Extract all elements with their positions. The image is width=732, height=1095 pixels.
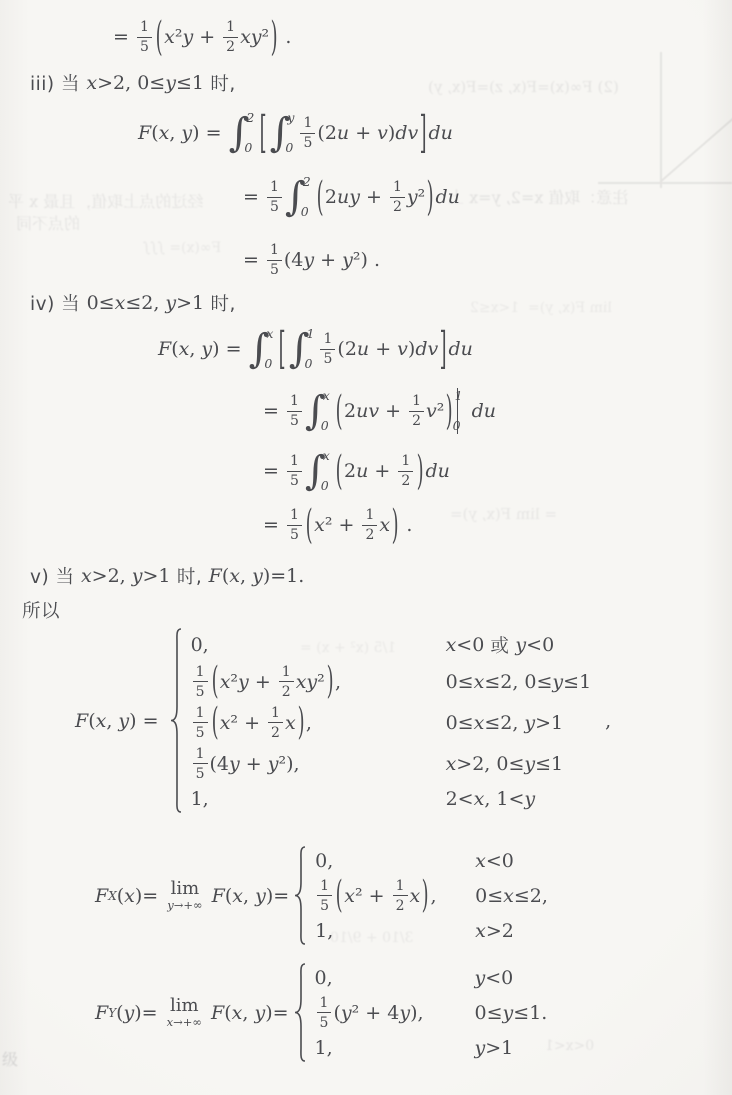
math-run: 2u + [344,460,396,482]
math-text: ² [437,400,445,422]
math-line: iv) 当 0≤x≤2, y>1 时, [30,290,236,316]
math-text: du [472,400,496,422]
math-text: ≤1 [176,72,204,94]
math-text: >1 [142,565,170,587]
fraction: 15 [193,747,208,781]
denominator: 5 [287,471,302,489]
case-condition: x>2, 0≤y≤1 [446,753,564,775]
math-text: xy [240,26,261,48]
math-text: y [181,122,192,144]
lower-bound: 0 [321,420,329,433]
denominator: 5 [193,722,208,740]
cases-brace [292,963,308,1062]
math-text: ) = [192,122,227,144]
math-text: u [337,122,349,144]
math-text: uy [337,186,360,208]
big-delimiter: ) [426,177,435,217]
math-text: + [349,122,377,144]
math-text: )= [265,1002,288,1024]
fraction: 15 [267,243,282,277]
integral-bounds: 20 [303,176,311,218]
math-text: x [379,514,390,536]
math-text: y [524,753,535,775]
math-run: F(x, y) = [158,338,248,360]
math-run: . [400,514,412,536]
math-text: ) = [129,710,164,732]
math-run: du [466,400,496,422]
math-text: y [238,671,249,693]
integral: ∫x0 [305,450,333,492]
case-expression: 15(x² + 12x), [191,706,446,740]
math-text: ≤2, [514,885,548,907]
lim-word: lim [171,880,200,898]
math-line: v) 当 x>2, y>1 时, F(x, y)=1. [30,563,304,589]
fraction: 15 [287,508,302,542]
cases-lead: F(x, y) = [75,710,165,732]
math-text: = [113,26,135,48]
big-delimiter: ) [270,17,279,57]
denominator: 2 [398,471,413,489]
math-run: F(x, y)= [205,1002,289,1024]
numerator: 1 [279,665,294,682]
text-run: 时, [204,290,236,316]
math-run: 2uy + [325,186,388,208]
text-run: iii) 当 [30,70,86,96]
evaluation-bar: 10 [457,388,466,434]
lower-bound: 0 [285,142,293,155]
case-condition: 0≤x≤2, 0≤y≤1 [446,671,592,693]
math-run: y<0 [475,967,514,989]
case-row: 0,y<0 [315,963,548,992]
math-run: x [285,712,296,734]
case-expression: 1, [191,788,446,810]
math-text: 0, [191,634,209,656]
math-text: ( [333,1002,340,1024]
numerator: 1 [287,454,302,471]
math-text: x [159,122,170,144]
integral: ∫20 [285,176,314,218]
math-text: ≤1. [513,1002,547,1024]
math-text: F [95,885,108,907]
math-run: x² + [220,712,266,734]
big-delimiter: ] [439,327,448,371]
integral-bounds: 20 [246,112,254,154]
math-text: x [474,788,485,810]
math-text: . [279,26,291,48]
math-text: >1 [485,1037,513,1059]
case-row: 1,2<x, 1<y [191,784,592,813]
case-row: 15(x²y + 12xy²),0≤x≤2, 0≤y≤1 [191,661,592,702]
big-delimiter: ] [419,111,428,155]
integral: ∫y0 [270,112,298,154]
math-text: y [515,634,526,656]
math-text: = [243,186,265,208]
numerator: 1 [287,394,302,411]
big-delimiter: [ [259,111,268,155]
case-condition: x>2 [475,920,514,942]
math-text: ² [418,186,426,208]
cases-rows: 0,y<015(y² + 4y),0≤y≤1.1,y>1 [315,963,548,1062]
math-text: x [164,26,175,48]
bleedthrough-text: 注意：取值 x=2, y=x 上 [448,188,628,207]
math-text: y [165,72,176,94]
big-delimiter: ( [155,17,164,57]
math-text: y [229,753,240,775]
math-text: x [474,712,485,734]
scan-page: = 15(x²y + 12xy²) .iii) 当 x>2, 0≤y≤1 时,F… [0,0,732,1095]
lower-bound: 0 [301,206,309,219]
lim-under: x→+∞ [167,1017,202,1029]
math-text: y [552,671,563,693]
denominator: 5 [317,895,332,913]
upper-bound: 2 [246,112,254,125]
lower-bound: 0 [305,358,313,371]
math-run: 0≤x≤2, [475,885,548,907]
math-text: y [524,712,535,734]
math-text: >2, 0≤ [456,753,524,775]
numerator: 1 [193,665,208,682]
math-run: y>1 [475,1037,514,1059]
math-text: , [243,885,255,907]
integral: ∫x0 [305,390,333,432]
integral-bounds: y0 [287,112,294,154]
math-text: (4 [210,753,230,775]
math-run: x>2 [475,920,514,942]
math-text: + [360,186,388,208]
math-text: >2 [486,920,514,942]
fraction: 12 [398,454,413,488]
math-text: 2 [325,186,337,208]
numerator: 1 [300,116,315,133]
denominator: 2 [393,895,408,913]
integral-bounds: 10 [307,328,315,370]
ghost-plot-diagonal-line [659,110,732,182]
math-text: du [448,338,472,360]
math-text: dv [395,122,418,144]
math-run: = [243,249,265,271]
case-expression: 1, [315,1037,475,1059]
case-row: 15(x² + 12x),0≤x≤2, [315,875,548,916]
math-text: >2, 0≤ [97,72,165,94]
math-text: )= [134,1002,163,1024]
denominator: 5 [300,133,315,151]
math-text: ≤2, [484,712,524,734]
upper-bound: y [287,112,294,125]
math-text: , [189,338,201,360]
math-text: F [211,1002,224,1024]
bleedthrough-text: F∞(x)= ∫∫∫ [143,240,221,257]
math-line: = 15∫x0(2uv + 12v²)10 du [263,388,496,434]
math-text: x [124,885,135,907]
lower-bound: 0 [264,358,272,371]
math-text: y [303,249,314,271]
case-expression: 15(x² + 12x), [315,879,475,913]
math-text: v [397,338,408,360]
numerator: 1 [223,20,238,37]
numerator: 1 [317,879,332,896]
math-text: x [285,712,296,734]
math-run: (x)= [117,885,165,907]
math-text: y [201,338,212,360]
denominator: 5 [137,37,152,55]
case-expression: 0, [315,967,475,989]
math-run: x² + [314,514,360,536]
math-text: ² + [230,712,266,734]
math-run: = [113,26,135,48]
math-text: y [182,26,193,48]
math-line: = 15(x²y + 12xy²) . [113,20,291,54]
math-text: 0, [315,967,333,989]
cases-lead: FX(x)= limy→+∞ F(x, y)= [95,880,289,912]
case-condition: 0≤x≤2, [475,885,548,907]
case-row: 0,x<0 [315,846,548,875]
math-text: F [212,885,225,907]
math-text: + [369,338,397,360]
math-text: , [306,712,312,734]
math-text: 0≤ [475,1002,503,1024]
math-line: = 15(4y + y²) . [243,243,380,277]
math-text: 0≤ [446,712,474,734]
numerator: 1 [320,332,335,349]
math-run: x>2, 0≤y≤1 [446,753,564,775]
big-delimiter: ( [210,663,219,701]
math-run: (y)= [116,1002,164,1024]
math-text: x [474,671,485,693]
math-text: 1, [315,1037,333,1059]
math-run: 0, [315,967,333,989]
math-run: F [95,1002,108,1024]
cases-lead: FY(y)= limx→+∞ F(x, y)= [95,997,289,1029]
math-run: F(x, y)=1. [209,565,305,587]
piecewise-definition: FX(x)= limy→+∞ F(x, y)=0,x<015(x² + 12x)… [95,846,548,945]
case-expression: 0, [315,850,475,872]
fraction: 15 [287,454,302,488]
lim-under: y→+∞ [167,900,202,912]
math-text: 1, [191,788,209,810]
denominator: 5 [267,260,282,278]
big-delimiter: ( [305,505,314,545]
math-text: (2 [317,122,337,144]
fraction: 12 [279,665,294,699]
fraction: 15 [287,394,302,428]
math-text: u [356,460,368,482]
fraction: 15 [193,665,208,699]
math-text: )= [135,885,164,907]
math-run: (4y + y²), [210,753,300,775]
math-text: x [446,753,457,775]
math-text: ² [317,671,325,693]
math-text: ( [88,710,95,732]
math-text: F [138,122,151,144]
math-text: (4 [284,249,304,271]
math-text: y [165,292,176,314]
math-text: y [475,967,486,989]
numerator: 1 [409,394,424,411]
subscript: Y [108,1006,116,1020]
math-run: y² [407,186,425,208]
fraction: 15 [317,879,332,913]
fraction: 12 [268,706,283,740]
math-text: 0≤ [475,885,503,907]
case-expression: 15(y² + 4y), [315,996,475,1030]
big-delimiter: ) [326,663,335,701]
limit: limy→+∞ [167,880,202,912]
math-text: = [263,400,285,422]
cases-brace [292,846,308,945]
brace-glyph [292,846,308,945]
math-run: 2<x, 1<y [446,788,536,810]
math-run: y<0 [509,634,554,656]
math-text: y [341,1002,352,1024]
math-text: x [96,710,107,732]
eval-bounds: 10 [455,390,463,432]
case-row: 1,y>1 [315,1033,548,1062]
case-condition: x<0 [475,850,514,872]
math-text: + [314,249,342,271]
numerator: 1 [137,20,152,37]
math-text: x [344,885,355,907]
upper-bound: x [323,450,330,463]
math-text: y [524,788,535,810]
math-text: y [254,1002,265,1024]
math-text: x [314,514,325,536]
math-text: x [81,565,92,587]
case-row: 15(4y + y²),x>2, 0≤y≤1 [191,743,592,784]
math-text: x [232,885,243,907]
numerator: 1 [393,879,408,896]
ghost-plot-vertical-axis [660,52,662,188]
brace-glyph [168,628,184,813]
math-run: du [428,122,452,144]
math-run: = [243,186,265,208]
math-run: x²y + [220,671,277,693]
math-text: x [115,292,126,314]
fraction: 15 [300,116,315,150]
math-text: ²) . [353,249,380,271]
math-run: x<0 [446,634,491,656]
math-text: ² + [355,885,391,907]
math-text: y [132,565,143,587]
math-text: 0≤ [87,292,115,314]
math-run: 1, [315,1037,333,1059]
math-run: x<0 [475,850,514,872]
text-run: 或 [490,632,509,658]
math-text: ( [151,122,158,144]
math-text: = [263,460,285,482]
math-text: <0 [486,850,514,872]
integral: ∫x0 [249,328,277,370]
case-condition: 0≤y≤1. [475,1002,548,1024]
fraction: 12 [390,180,405,214]
math-line: F(x, y) = ∫x0[∫1015(2u + v)dv]du [158,328,473,370]
upper-bound: 1 [455,390,463,403]
math-run: (2u + v)dv [317,122,418,144]
denominator: 2 [279,681,294,699]
big-delimiter: ( [315,177,324,217]
math-run: xy² [240,26,269,48]
big-delimiter: ) [391,505,400,545]
math-text: x [86,72,97,94]
case-condition: x<0 或 y<0 [446,632,555,658]
lim-word: lim [170,997,199,1015]
fraction: 12 [409,394,424,428]
numerator: 1 [362,508,377,525]
case-condition: 2<x, 1<y [446,788,536,810]
math-text: , [335,671,341,693]
math-text: + [249,671,277,693]
math-text: ² + 4 [352,1002,400,1024]
math-text: ≤1 [563,671,591,693]
math-text: y [407,186,418,208]
numerator: 1 [287,508,302,525]
math-text: y [268,753,279,775]
math-line: = 15∫20(2uy + 12y²)du [243,176,460,218]
math-text: u [357,338,369,360]
bleedthrough-text: lim F(x, y)= 1<x≤2 [470,300,612,317]
numerator: 1 [193,706,208,723]
bleedthrough-text: 0<x<1 [545,1038,594,1055]
math-text: x [179,338,190,360]
math-text: uv [356,400,379,422]
math-text: , [106,710,118,732]
math-line: 所以 [22,597,60,623]
math-run: F(x, y) = [138,122,228,144]
math-text: F [158,338,171,360]
math-text: xy [296,671,317,693]
upper-bound: 2 [303,176,311,189]
math-text: y [255,885,266,907]
denominator: 2 [268,722,283,740]
math-text: dv [415,338,438,360]
math-text: ² + [325,514,361,536]
integral-bounds: x0 [323,390,330,432]
denominator: 2 [362,525,377,543]
math-text: x [503,885,514,907]
cases-tail-comma: , [605,710,611,732]
math-run: = [263,460,285,482]
text-run: iv) 当 [30,290,87,316]
math-text: <0 [456,634,490,656]
math-text: >1 [535,712,563,734]
math-text: <0 [485,967,513,989]
math-line: = 15∫x0(2u + 12)du [263,450,450,492]
math-text: , [169,122,181,144]
numerator: 1 [390,180,405,197]
math-text: 2 [344,400,356,422]
fraction: 15 [137,20,152,54]
math-text: = [243,249,265,271]
math-text: ≤1 [535,753,563,775]
math-text: , 1< [484,788,524,810]
math-run: F(x, y) = [75,710,165,732]
math-text: 0, [315,850,333,872]
math-run: 0≤x≤2, y>1 [446,712,564,734]
fraction: 12 [393,879,408,913]
integral: ∫20 [229,112,258,154]
case-expression: 15(4y + y²), [191,747,446,781]
numerator: 1 [193,747,208,764]
math-text: ( [116,1002,123,1024]
denominator: 5 [287,525,302,543]
math-run: x² + [344,885,390,907]
upper-bound: x [266,328,273,341]
case-condition: y<0 [475,967,514,989]
lower-bound: 0 [321,480,329,493]
math-text: ( [171,338,178,360]
integral-bounds: x0 [323,450,330,492]
math-run: , [335,671,341,693]
math-line: F(x, y) = ∫20[∫y015(2u + v)dv]du [138,112,453,154]
